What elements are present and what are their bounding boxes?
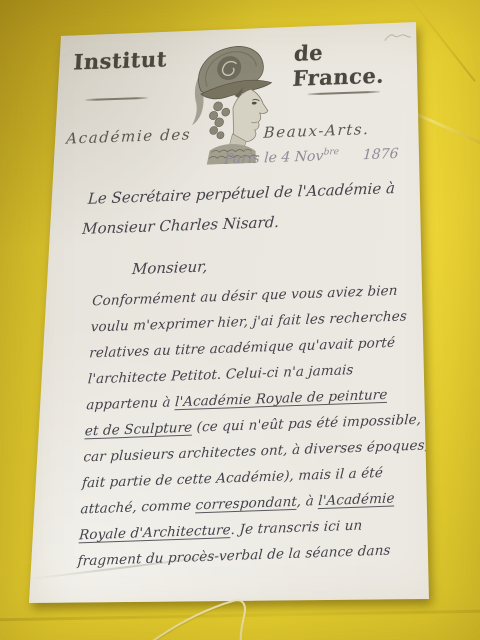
handwriting-text: Conformément au désir que vous aviez bie…: [92, 283, 398, 310]
handwriting-line: fait partie de cette Académie), mais il …: [81, 459, 399, 496]
underlined-phrase: Royale d'Architecture: [79, 522, 232, 543]
handwriting-line: Conformément au désir que vous aviez bie…: [91, 277, 409, 314]
handwriting-line: et de Sculpture (ce qui n'eût pas été im…: [84, 407, 402, 444]
handwriting-line: fragment du procès-verbal de la séance d…: [77, 537, 395, 574]
photo-background: Institut de France.: [0, 0, 480, 640]
underlined-phrase: l'Académie: [318, 490, 395, 509]
date-year: 1876: [362, 146, 399, 163]
letterhead-academie-des: Académie des: [66, 125, 192, 147]
underlined-phrase: et de Sculpture: [84, 420, 192, 440]
ornamental-rule: [308, 91, 380, 95]
date-line: Paris le 4 Novbre1876: [224, 145, 399, 168]
handwriting-text: voulu m'exprimer hier, j'ai fait les rec…: [90, 308, 407, 335]
handwriting-line: l'architecte Petitot. Celui-ci n'a jamai…: [87, 355, 405, 392]
letter-paper-shadow: Institut de France.: [0, 0, 480, 640]
handwriting-text: relatives au titre académique qu'avait p…: [89, 335, 396, 362]
handwriting-text: car plusieurs architectes ont, à diverse…: [83, 437, 430, 465]
paper-fold-crease: [30, 553, 234, 579]
handwriting-text: appartenu à: [86, 394, 176, 413]
letterhead-beaux-arts: Beaux-Arts.: [263, 120, 370, 142]
greeting: Monsieur,: [131, 257, 208, 278]
handwriting-line: Royale d'Architecture. Je transcris ici …: [78, 511, 396, 548]
handwriting-text: fragment du procès-verbal de la séance d…: [77, 542, 391, 569]
handwriting-text: , à: [296, 493, 318, 510]
handwriting-line: relatives au titre académique qu'avait p…: [89, 329, 407, 366]
letter-content: Institut de France.: [29, 24, 417, 603]
minerva-helmet-emblem-icon: [181, 38, 284, 165]
date-prefix: Paris le 4 Nov: [224, 148, 324, 167]
handwriting-line: car plusieurs architectes ont, à diverse…: [83, 433, 401, 470]
handwriting-line: voulu m'exprimer hier, j'ai fait les rec…: [90, 303, 408, 340]
underlined-phrase: l'Académie Royale de peinture: [175, 387, 388, 410]
handwriting-text: fait partie de cette Académie), mais il …: [82, 465, 384, 491]
letterhead-de-france: de France.: [292, 37, 417, 91]
handwriting-text: l'architecte Petitot. Celui-ci n'a jamai…: [87, 362, 354, 387]
ornamental-rule: [85, 97, 147, 101]
handwriting-line: appartenu à l'Académie Royale de peintur…: [86, 381, 404, 418]
letter-paper: Institut de France.: [0, 0, 480, 640]
salutation-line-1: Le Secrétaire perpétuel de l'Académie à: [87, 179, 395, 208]
handwriting-text: attaché, comme: [80, 497, 196, 517]
underlined-phrase: correspondant: [195, 494, 297, 514]
letter-body: Conformément au désir que vous aviez bie…: [77, 277, 410, 574]
date-superscript: bre: [323, 147, 339, 158]
faint-pencil-mark: [383, 30, 414, 45]
handwriting-line: attaché, comme correspondant, à l'Académ…: [80, 485, 398, 522]
handwriting-text: . Je transcris ici un: [230, 518, 363, 539]
letterhead-institut: Institut: [73, 46, 168, 74]
salutation-line-2: Monsieur Charles Nisard.: [82, 213, 280, 238]
handwriting-text: (ce qui n'eût pas été impossible,: [192, 412, 422, 436]
